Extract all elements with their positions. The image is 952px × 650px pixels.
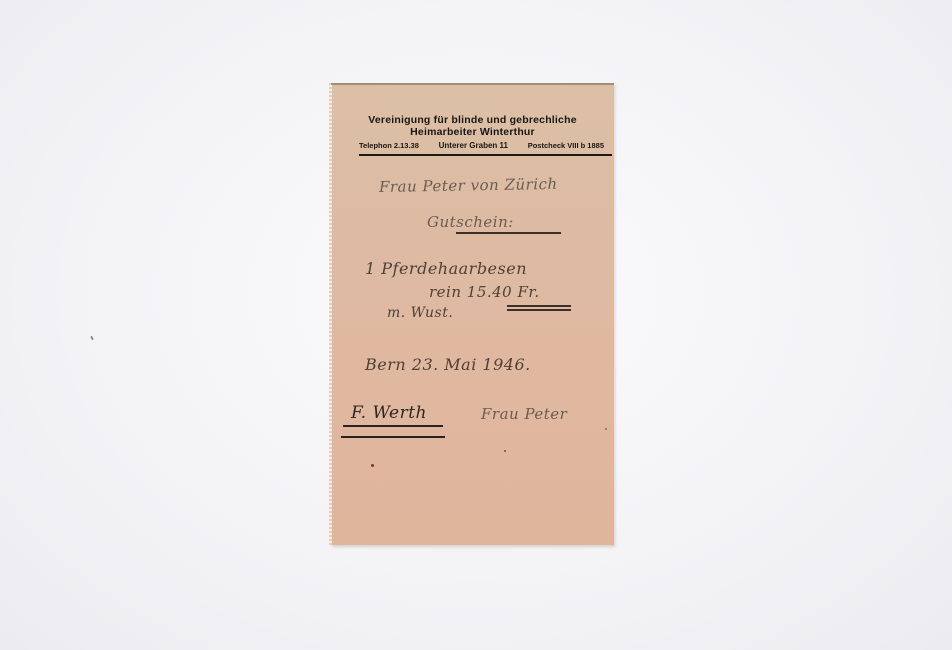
- handwritten-line-title: Gutschein:: [427, 213, 514, 231]
- price-underline-2: [507, 309, 571, 311]
- signature-underline-2: [341, 436, 445, 438]
- handwritten-line-price: rein 15.40 Fr.: [429, 283, 540, 301]
- paper-spot: [605, 428, 607, 430]
- paper-spot: [371, 464, 374, 467]
- signature-underline-1: [343, 425, 443, 427]
- letterhead-rule: [359, 154, 612, 156]
- letterhead-telephone: Telephon 2.13.38: [359, 141, 419, 150]
- handwritten-signature-left: F. Werth: [351, 403, 427, 423]
- letterhead-organization: Vereinigung für blinde und gebrechliche: [331, 114, 614, 126]
- handwritten-line-tax: m. Wust.: [387, 305, 453, 321]
- price-underline-1: [507, 305, 571, 307]
- handwritten-line-item: 1 Pferdehaarbesen: [365, 259, 527, 278]
- paper-spot: [504, 450, 506, 452]
- background-speck: [90, 336, 94, 340]
- letterhead-postcheck: Postcheck VIII b 1885: [528, 141, 604, 150]
- handwritten-line-recipient: Frau Peter von Zürich: [379, 175, 558, 196]
- handwritten-line-date: Bern 23. Mai 1946.: [365, 355, 531, 374]
- title-underline: [456, 232, 561, 234]
- letterhead-organization-city: Heimarbeiter Winterthur: [331, 126, 614, 138]
- letterhead-address: Unterer Graben 11: [439, 141, 508, 150]
- handwritten-signature-right: Frau Peter: [481, 405, 567, 423]
- paper-top-edge: [331, 83, 614, 85]
- letterhead: Vereinigung für blinde und gebrechliche …: [331, 114, 614, 150]
- letterhead-contact-line: Telephon 2.13.38 Unterer Graben 11 Postc…: [359, 141, 604, 150]
- document-paper: Vereinigung für blinde und gebrechliche …: [331, 83, 614, 545]
